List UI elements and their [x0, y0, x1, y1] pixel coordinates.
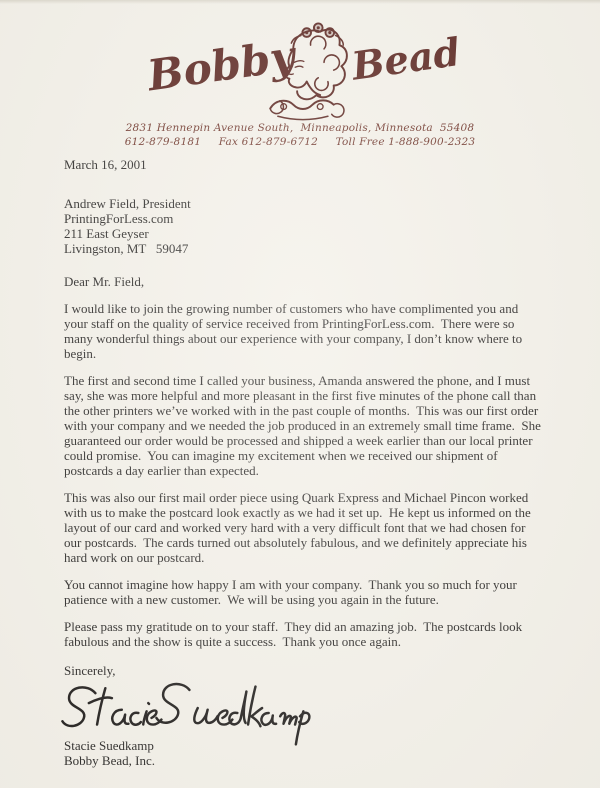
brand-word-bead: Bead [348, 30, 463, 90]
address-line-1: 2831 Hennepin Avenue South, Minneapolis,… [0, 122, 600, 136]
recipient-line: PrintingForLess.com [64, 211, 542, 226]
recipient-line: 211 East Geyser [64, 226, 542, 241]
body-paragraph: This was also our first mail order piece… [64, 490, 542, 565]
brand-word-bobby: Bobby [144, 30, 301, 101]
bobby-bead-logo: Bobby [135, 22, 465, 122]
letter-page: Bobby [0, 0, 600, 788]
flower-ornaments [291, 23, 343, 45]
letter-date: March 16, 2001 [64, 157, 542, 172]
recipient-address-block: Andrew Field, President PrintingForLess.… [64, 196, 542, 256]
address-line-2: 612-879-8181 Fax 612-879-6712 Toll Free … [0, 136, 600, 150]
brand-text-bobby: Bobby [144, 30, 301, 101]
closing: Sincerely, [64, 663, 542, 678]
signature-handwriting [56, 680, 542, 742]
body-paragraph: I would like to join the growing number … [64, 301, 542, 361]
letterhead: Bobby [0, 0, 600, 149]
recipient-line: Livingston, MT 59047 [64, 241, 542, 256]
letter-body: March 16, 2001 Andrew Field, President P… [0, 157, 600, 768]
body-paragraph: The first and second time I called your … [64, 373, 542, 478]
brand-text-bead: Bead [348, 30, 463, 90]
body-paragraph: You cannot imagine how happy I am with y… [64, 577, 542, 607]
signature-stacie-suedkamp [56, 680, 318, 746]
recipient-line: Andrew Field, President [64, 196, 542, 211]
body-paragraph: Please pass my gratitude on to your staf… [64, 619, 542, 649]
letterhead-address: 2831 Hennepin Avenue South, Minneapolis,… [0, 122, 600, 149]
sender-company: Bobby Bead, Inc. [64, 753, 542, 768]
salutation: Dear Mr. Field, [64, 274, 542, 289]
scrollwork-ornament [270, 100, 344, 119]
